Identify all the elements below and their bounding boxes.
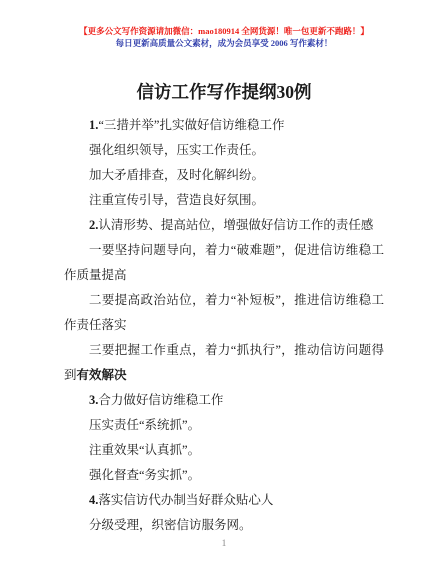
paragraph-text: 注重宣传引导，营造良好氛围。	[89, 193, 264, 207]
paragraph-text: 二要提高政治站位，着力“补短板”，推进信访维稳工作责任落实	[64, 293, 384, 332]
paragraph: 加大矛盾排查，及时化解纠纷。	[64, 163, 384, 188]
paragraph: 2.认清形势、提高站位，增强做好信访工作的责任感	[64, 213, 384, 238]
paragraph: 一要坚持问题导向，着力“破难题”，促进信访维稳工作质量提高	[64, 238, 384, 288]
paragraph-text: 注重效果“认真抓”。	[89, 443, 200, 457]
paragraph: 注重效果“认真抓”。	[64, 438, 384, 463]
paragraph: 三要把握工作重点，着力“抓执行”，推动信访问题得到有效解决	[64, 338, 384, 388]
paragraph: 3.合力做好信访维稳工作	[64, 388, 384, 413]
ad-banner-line-blue: 每日更新高质量公文素材，成为会员享受 2006 写作素材！	[0, 37, 448, 49]
ad-banner-line-red: 【更多公文写作资源请加微信：mao180914 全网货源！唯一包更新不跑路！】	[0, 25, 448, 37]
paragraph-text: 一要坚持问题导向，着力“破难题”，促进信访维稳工作质量提高	[64, 243, 384, 282]
paragraph-text-bold: 4.	[89, 493, 98, 507]
document-title: 信访工作写作提纲30例	[0, 80, 448, 104]
document-body: 1.“三措并举”扎实做好信访维稳工作强化组织领导，压实工作责任。加大矛盾排查，及…	[0, 113, 448, 538]
document-page: 【更多公文写作资源请加微信：mao180914 全网货源！唯一包更新不跑路！】 …	[0, 0, 448, 580]
paragraph-text: 加大矛盾排查，及时化解纠纷。	[89, 168, 264, 182]
paragraph: 注重宣传引导，营造良好氛围。	[64, 188, 384, 213]
paragraph-text: 合力做好信访维稳工作	[98, 393, 223, 407]
paragraph-text: 强化组织领导，压实工作责任。	[89, 143, 264, 157]
paragraph-text: 分级受理，织密信访服务网。	[89, 518, 252, 532]
paragraph-text: 认清形势、提高站位，增强做好信访工作的责任感	[98, 218, 373, 232]
paragraph: 4.落实信访代办制当好群众贴心人	[64, 488, 384, 513]
paragraph-text-bold: 有效解决	[77, 368, 127, 382]
paragraph: 压实责任“系统抓”。	[64, 413, 384, 438]
page-number: 1	[0, 539, 448, 549]
ad-banner: 【更多公文写作资源请加微信：mao180914 全网货源！唯一包更新不跑路！】 …	[0, 0, 448, 49]
paragraph-text-bold: 2.	[89, 218, 98, 232]
paragraph-text-bold: 3.	[89, 393, 98, 407]
paragraph-text-bold: 1.	[89, 118, 98, 132]
paragraph: 二要提高政治站位，着力“补短板”，推进信访维稳工作责任落实	[64, 288, 384, 338]
paragraph-text: “三措并举”扎实做好信访维稳工作	[98, 118, 284, 132]
paragraph-text: 强化督查“务实抓”。	[89, 468, 200, 482]
paragraph: 分级受理，织密信访服务网。	[64, 513, 384, 538]
paragraph-text: 压实责任“系统抓”。	[89, 418, 200, 432]
paragraph: 1.“三措并举”扎实做好信访维稳工作	[64, 113, 384, 138]
paragraph: 强化督查“务实抓”。	[64, 463, 384, 488]
paragraph-text: 落实信访代办制当好群众贴心人	[98, 493, 273, 507]
paragraph: 强化组织领导，压实工作责任。	[64, 138, 384, 163]
